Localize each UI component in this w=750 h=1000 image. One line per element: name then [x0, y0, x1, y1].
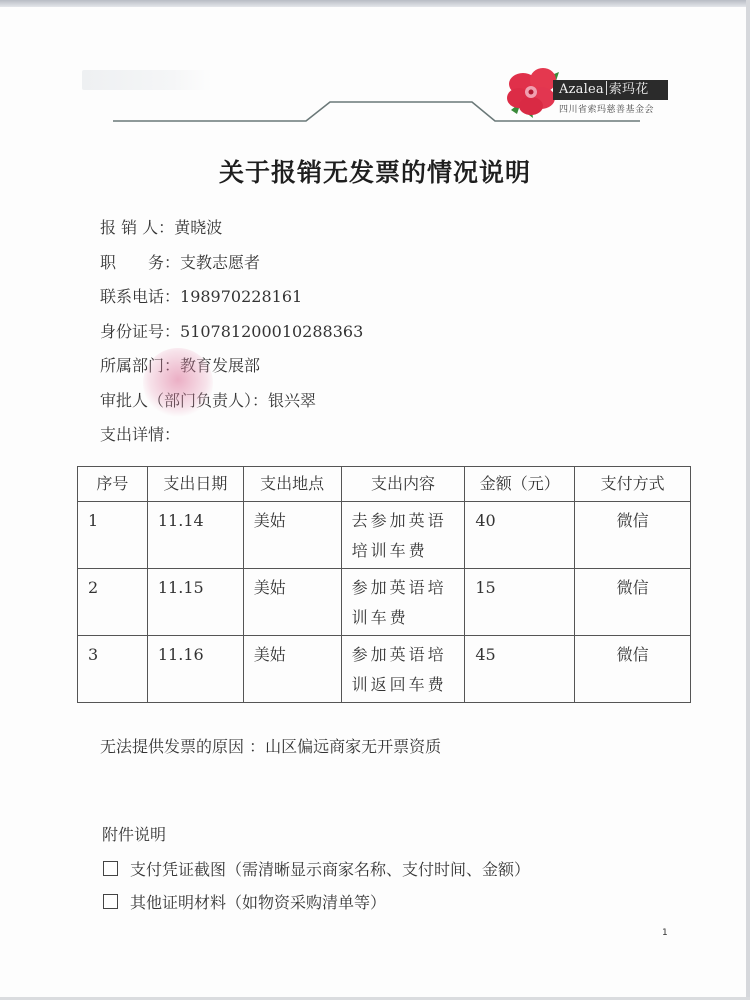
cell-content: 参加英语培训车费 [341, 569, 465, 636]
cell-content: 去参加英语培训车费 [341, 502, 465, 569]
cell-payment: 微信 [575, 569, 691, 636]
foundation-name: 四川省索玛慈善基金会 [559, 102, 654, 115]
attachment-item-other-proof: 其他证明材料（如物资采购清单等） [103, 890, 386, 913]
field-value: 黄晓波 [174, 218, 222, 237]
cell-content: 参加英语培训返回车费 [341, 636, 465, 703]
col-header-amount: 金额（元） [465, 467, 575, 502]
no-invoice-reason: 无法提供发票的原因 ：山区偏远商家无开票资质 [100, 734, 441, 757]
field-value: 支教志愿者 [180, 253, 260, 272]
col-header-place: 支出地点 [243, 467, 341, 502]
brand-name-bar: Azalea索玛花 [553, 80, 668, 100]
field-value: 510781200010288363 [180, 322, 363, 341]
attachment-label: 支付凭证截图（需清晰显示商家名称、支付时间、金额） [130, 860, 530, 879]
cell-place: 美姑 [243, 502, 341, 569]
scan-right-edge [746, 0, 750, 1000]
field-expense-details: 支出详情： [100, 423, 363, 458]
foundation-logo: Azalea索玛花 四川省索玛慈善基金会 [505, 62, 675, 120]
field-value: 19897022816​1 [180, 287, 302, 306]
field-label: 身份证号： [100, 322, 180, 341]
document-title: 关于报销无发票的情况说明 [0, 153, 750, 189]
cell-date: 11.15 [147, 569, 243, 636]
field-label: 职 务： [100, 253, 180, 272]
field-approver: 审批人（部门负责人）：银兴翠 [100, 389, 363, 424]
field-label: 审批人（部门负责人）： [100, 391, 268, 410]
cell-amount: 45 [465, 636, 575, 703]
cell-payment: 微信 [575, 636, 691, 703]
cell-place: 美姑 [243, 636, 341, 703]
field-phone: 联系电话：19897022816​1 [100, 285, 363, 320]
expense-table: 序号 支出日期 支出地点 支出内容 金额（元） 支付方式 1 11.14 美姑 … [77, 466, 691, 703]
col-header-no: 序号 [78, 467, 148, 502]
cell-date: 11.14 [147, 502, 243, 569]
cell-place: 美姑 [243, 569, 341, 636]
field-value: 银兴翠 [268, 391, 316, 410]
cell-date: 11.16 [147, 636, 243, 703]
field-label: 所属部门： [100, 356, 180, 375]
cell-amount: 15 [465, 569, 575, 636]
attachment-label: 其他证明材料（如物资采购清单等） [130, 893, 386, 912]
table-row: 2 11.15 美姑 参加英语培训车费 15 微信 [78, 569, 691, 636]
page-number: 1 [662, 928, 668, 938]
cell-no: 1 [78, 502, 148, 569]
checkbox-icon[interactable] [103, 894, 118, 909]
field-label: 联系电话： [100, 287, 180, 306]
field-label: 报 销 人： [100, 218, 174, 237]
field-value: 教育发展部 [180, 356, 260, 375]
cell-amount: 40 [465, 502, 575, 569]
brand-name-en: Azalea [559, 82, 604, 97]
field-claimant: 报 销 人：黄晓波 [100, 216, 363, 251]
cell-payment: 微信 [575, 502, 691, 569]
table-row: 3 11.16 美姑 参加英语培训返回车费 45 微信 [78, 636, 691, 703]
field-label: 支出详情： [100, 425, 180, 444]
brand-name-cn: 索玛花 [609, 82, 649, 97]
attachment-item-payment-screenshot: 支付凭证截图（需清晰显示商家名称、支付时间、金额） [103, 857, 530, 880]
col-header-date: 支出日期 [147, 467, 243, 502]
attachments-title: 附件说明 [102, 822, 166, 845]
table-row: 1 11.14 美姑 去参加英语培训车费 40 微信 [78, 502, 691, 569]
applicant-info: 报 销 人：黄晓波 职 务：支教志愿者 联系电话：19897022816​1 身… [100, 216, 363, 458]
field-id-number: 身份证号：510781200010288363 [100, 320, 363, 355]
checkbox-icon[interactable] [103, 861, 118, 876]
col-header-payment: 支付方式 [575, 467, 691, 502]
field-position: 职 务：支教志愿者 [100, 251, 363, 286]
field-department: 所属部门：教育发展部 [100, 354, 363, 389]
cell-no: 2 [78, 569, 148, 636]
col-header-content: 支出内容 [341, 467, 465, 502]
table-header-row: 序号 支出日期 支出地点 支出内容 金额（元） 支付方式 [78, 467, 691, 502]
cell-no: 3 [78, 636, 148, 703]
